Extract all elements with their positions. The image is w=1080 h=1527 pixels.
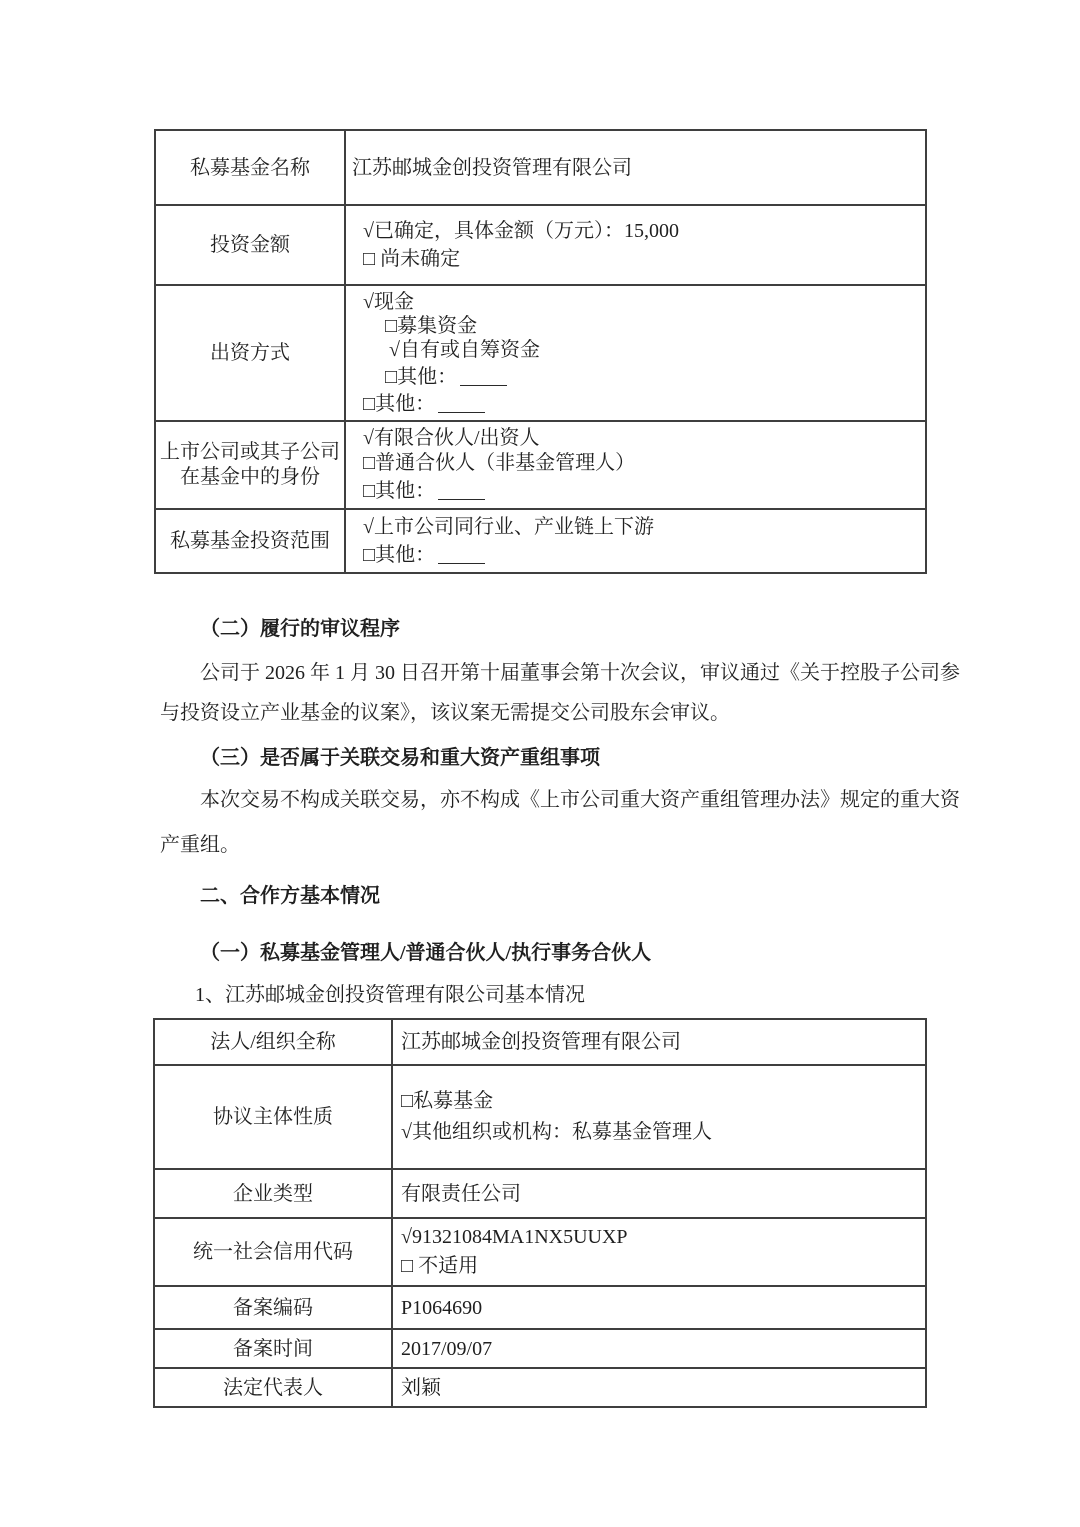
- table-row-company-type: 企业类型 有限责任公司: [155, 1168, 925, 1217]
- row-label: 出资方式: [156, 286, 346, 420]
- row-label-text: 私募基金投资范围: [170, 528, 330, 554]
- option-line-checked: √上市公司同行业、产业链上下游: [352, 514, 917, 540]
- option-line-text: □其他：: [363, 393, 435, 415]
- option-line-other: □其他：: [352, 476, 917, 504]
- item-manager-basic-info: 1、江苏邮城金创投资管理有限公司基本情况: [195, 975, 1080, 1015]
- blank-underline: [460, 365, 507, 386]
- table-row-filing-code: 备案编码 P1064690: [155, 1285, 925, 1328]
- option-line-text: □其他：: [363, 544, 435, 566]
- row-label: 私募基金投资范围: [156, 510, 346, 572]
- manager-info-table: 法人/组织全称 江苏邮城金创投资管理有限公司 协议主体性质 □私募基金 √其他组…: [153, 1018, 927, 1408]
- heading-related-transaction: （三）是否属于关联交易和重大资产重组事项: [200, 738, 1080, 778]
- value-line: 刘颖: [401, 1375, 917, 1401]
- heading-partners-overview: 二、合作方基本情况: [200, 876, 1080, 916]
- table-row-credit-code: 统一社会信用代码 √91321084MA1NX5UUXP □ 不适用: [155, 1217, 925, 1285]
- row-value: 江苏邮城金创投资管理有限公司: [346, 131, 925, 204]
- heading-fund-manager: （一）私募基金管理人/普通合伙人/执行事务合伙人: [200, 933, 1080, 973]
- value-line: 2017/09/07: [401, 1336, 917, 1362]
- table-row-investment-scope: 私募基金投资范围 √上市公司同行业、产业链上下游 □其他：: [156, 508, 925, 572]
- paragraph-line: 本次交易不构成关联交易，亦不构成《上市公司重大资产重组管理办法》规定的重大资: [200, 780, 1080, 820]
- option-line-unchecked: □私募基金: [401, 1086, 917, 1117]
- paragraph-line: 产重组。: [160, 825, 1080, 865]
- option-line-checked: √其他组织或机构：私募基金管理人: [401, 1117, 917, 1148]
- option-line-text: □其他：: [385, 366, 457, 388]
- table-row-org-name: 法人/组织全称 江苏邮城金创投资管理有限公司: [155, 1020, 925, 1064]
- row-label: 协议主体性质: [155, 1066, 393, 1168]
- row-label-text: 法定代表人: [223, 1375, 323, 1401]
- paragraph-line: 与投资设立产业基金的议案》，该议案无需提交公司股东会审议。: [160, 693, 1080, 733]
- row-label: 投资金额: [156, 206, 346, 284]
- row-label-text: 统一社会信用代码: [193, 1238, 353, 1267]
- row-value: 2017/09/07: [393, 1330, 925, 1367]
- value-line: P1064690: [401, 1295, 917, 1321]
- row-label: 法人/组织全称: [155, 1020, 393, 1064]
- row-label-text: 企业类型: [233, 1181, 313, 1207]
- option-line-checked: √已确定，具体金额（万元）：15,000: [352, 217, 917, 245]
- row-value: 有限责任公司: [393, 1170, 925, 1217]
- heading-review-procedure: （二）履行的审议程序: [200, 609, 1080, 649]
- option-line-other: □其他：: [352, 540, 917, 568]
- table-row-entity-nature: 协议主体性质 □私募基金 √其他组织或机构：私募基金管理人: [155, 1064, 925, 1168]
- row-label: 备案时间: [155, 1330, 393, 1367]
- table-row-company-role: 上市公司或其子公司 在基金中的身份 √有限合伙人/出资人 □普通合伙人（非基金管…: [156, 420, 925, 508]
- row-label-text: 协议主体性质: [213, 1102, 333, 1133]
- table-row-fund-name: 私募基金名称 江苏邮城金创投资管理有限公司: [156, 131, 925, 204]
- row-label-text: 出资方式: [210, 341, 290, 365]
- row-label-text: 备案时间: [233, 1336, 313, 1362]
- paragraph-line: 公司于 2026 年 1 月 30 日召开第十届董事会第十次会议，审议通过《关于…: [200, 653, 1080, 693]
- option-line-checked: √91321084MA1NX5UUXP: [401, 1223, 917, 1252]
- row-label: 私募基金名称: [156, 131, 346, 204]
- row-label-text: 在基金中的身份: [180, 465, 320, 490]
- row-value: 江苏邮城金创投资管理有限公司: [393, 1020, 925, 1064]
- row-value: 刘颖: [393, 1369, 925, 1406]
- option-line-unchecked: □普通合伙人（非基金管理人）: [352, 451, 917, 476]
- row-label: 企业类型: [155, 1170, 393, 1217]
- row-label: 备案编码: [155, 1287, 393, 1328]
- document-page: 私募基金名称 江苏邮城金创投资管理有限公司 投资金额 √已确定，具体金额（万元）…: [0, 0, 1080, 1527]
- row-value: √已确定，具体金额（万元）：15,000 □ 尚未确定: [346, 206, 925, 284]
- option-line-checked: √自有或自筹资金: [352, 338, 917, 362]
- row-label-text: 法人/组织全称: [210, 1029, 336, 1055]
- row-value: P1064690: [393, 1287, 925, 1328]
- table-row-filing-date: 备案时间 2017/09/07: [155, 1328, 925, 1367]
- blank-underline: [438, 392, 485, 413]
- row-value: √有限合伙人/出资人 □普通合伙人（非基金管理人） □其他：: [346, 422, 925, 508]
- value-line: 江苏邮城金创投资管理有限公司: [401, 1029, 917, 1055]
- row-value: √上市公司同行业、产业链上下游 □其他：: [346, 510, 925, 572]
- row-label-text: 备案编码: [233, 1295, 313, 1321]
- row-label-text: 上市公司或其子公司: [160, 440, 340, 465]
- row-value: □私募基金 √其他组织或机构：私募基金管理人: [393, 1066, 925, 1168]
- table-row-legal-representative: 法定代表人 刘颖: [155, 1367, 925, 1406]
- option-line-other: □其他：: [352, 389, 917, 416]
- row-value: √现金 □募集资金 √自有或自筹资金 □其他： □其他：: [346, 286, 925, 420]
- option-line-text: □其他：: [363, 480, 435, 502]
- table-row-funding-method: 出资方式 √现金 □募集资金 √自有或自筹资金 □其他： □其他：: [156, 284, 925, 420]
- row-label: 法定代表人: [155, 1369, 393, 1406]
- row-label-text: 私募基金名称: [190, 155, 310, 181]
- table-row-investment-amount: 投资金额 √已确定，具体金额（万元）：15,000 □ 尚未确定: [156, 204, 925, 284]
- blank-underline: [438, 543, 485, 564]
- value-line: 江苏邮城金创投资管理有限公司: [352, 155, 917, 181]
- option-line-other: □其他：: [352, 362, 917, 389]
- option-line-checked: √现金: [352, 290, 917, 314]
- row-label: 上市公司或其子公司 在基金中的身份: [156, 422, 346, 508]
- value-line: 有限责任公司: [401, 1181, 917, 1207]
- option-line-checked: √有限合伙人/出资人: [352, 426, 917, 451]
- document-body: 私募基金名称 江苏邮城金创投资管理有限公司 投资金额 √已确定，具体金额（万元）…: [0, 129, 1080, 1408]
- option-line-unchecked: □募集资金: [352, 314, 917, 338]
- row-label: 统一社会信用代码: [155, 1219, 393, 1285]
- fund-info-table: 私募基金名称 江苏邮城金创投资管理有限公司 投资金额 √已确定，具体金额（万元）…: [154, 129, 927, 574]
- option-line-unchecked: □ 不适用: [401, 1252, 917, 1281]
- row-label-text: 投资金额: [210, 231, 290, 259]
- option-line-unchecked: □ 尚未确定: [352, 245, 917, 273]
- row-value: √91321084MA1NX5UUXP □ 不适用: [393, 1219, 925, 1285]
- blank-underline: [438, 479, 485, 500]
